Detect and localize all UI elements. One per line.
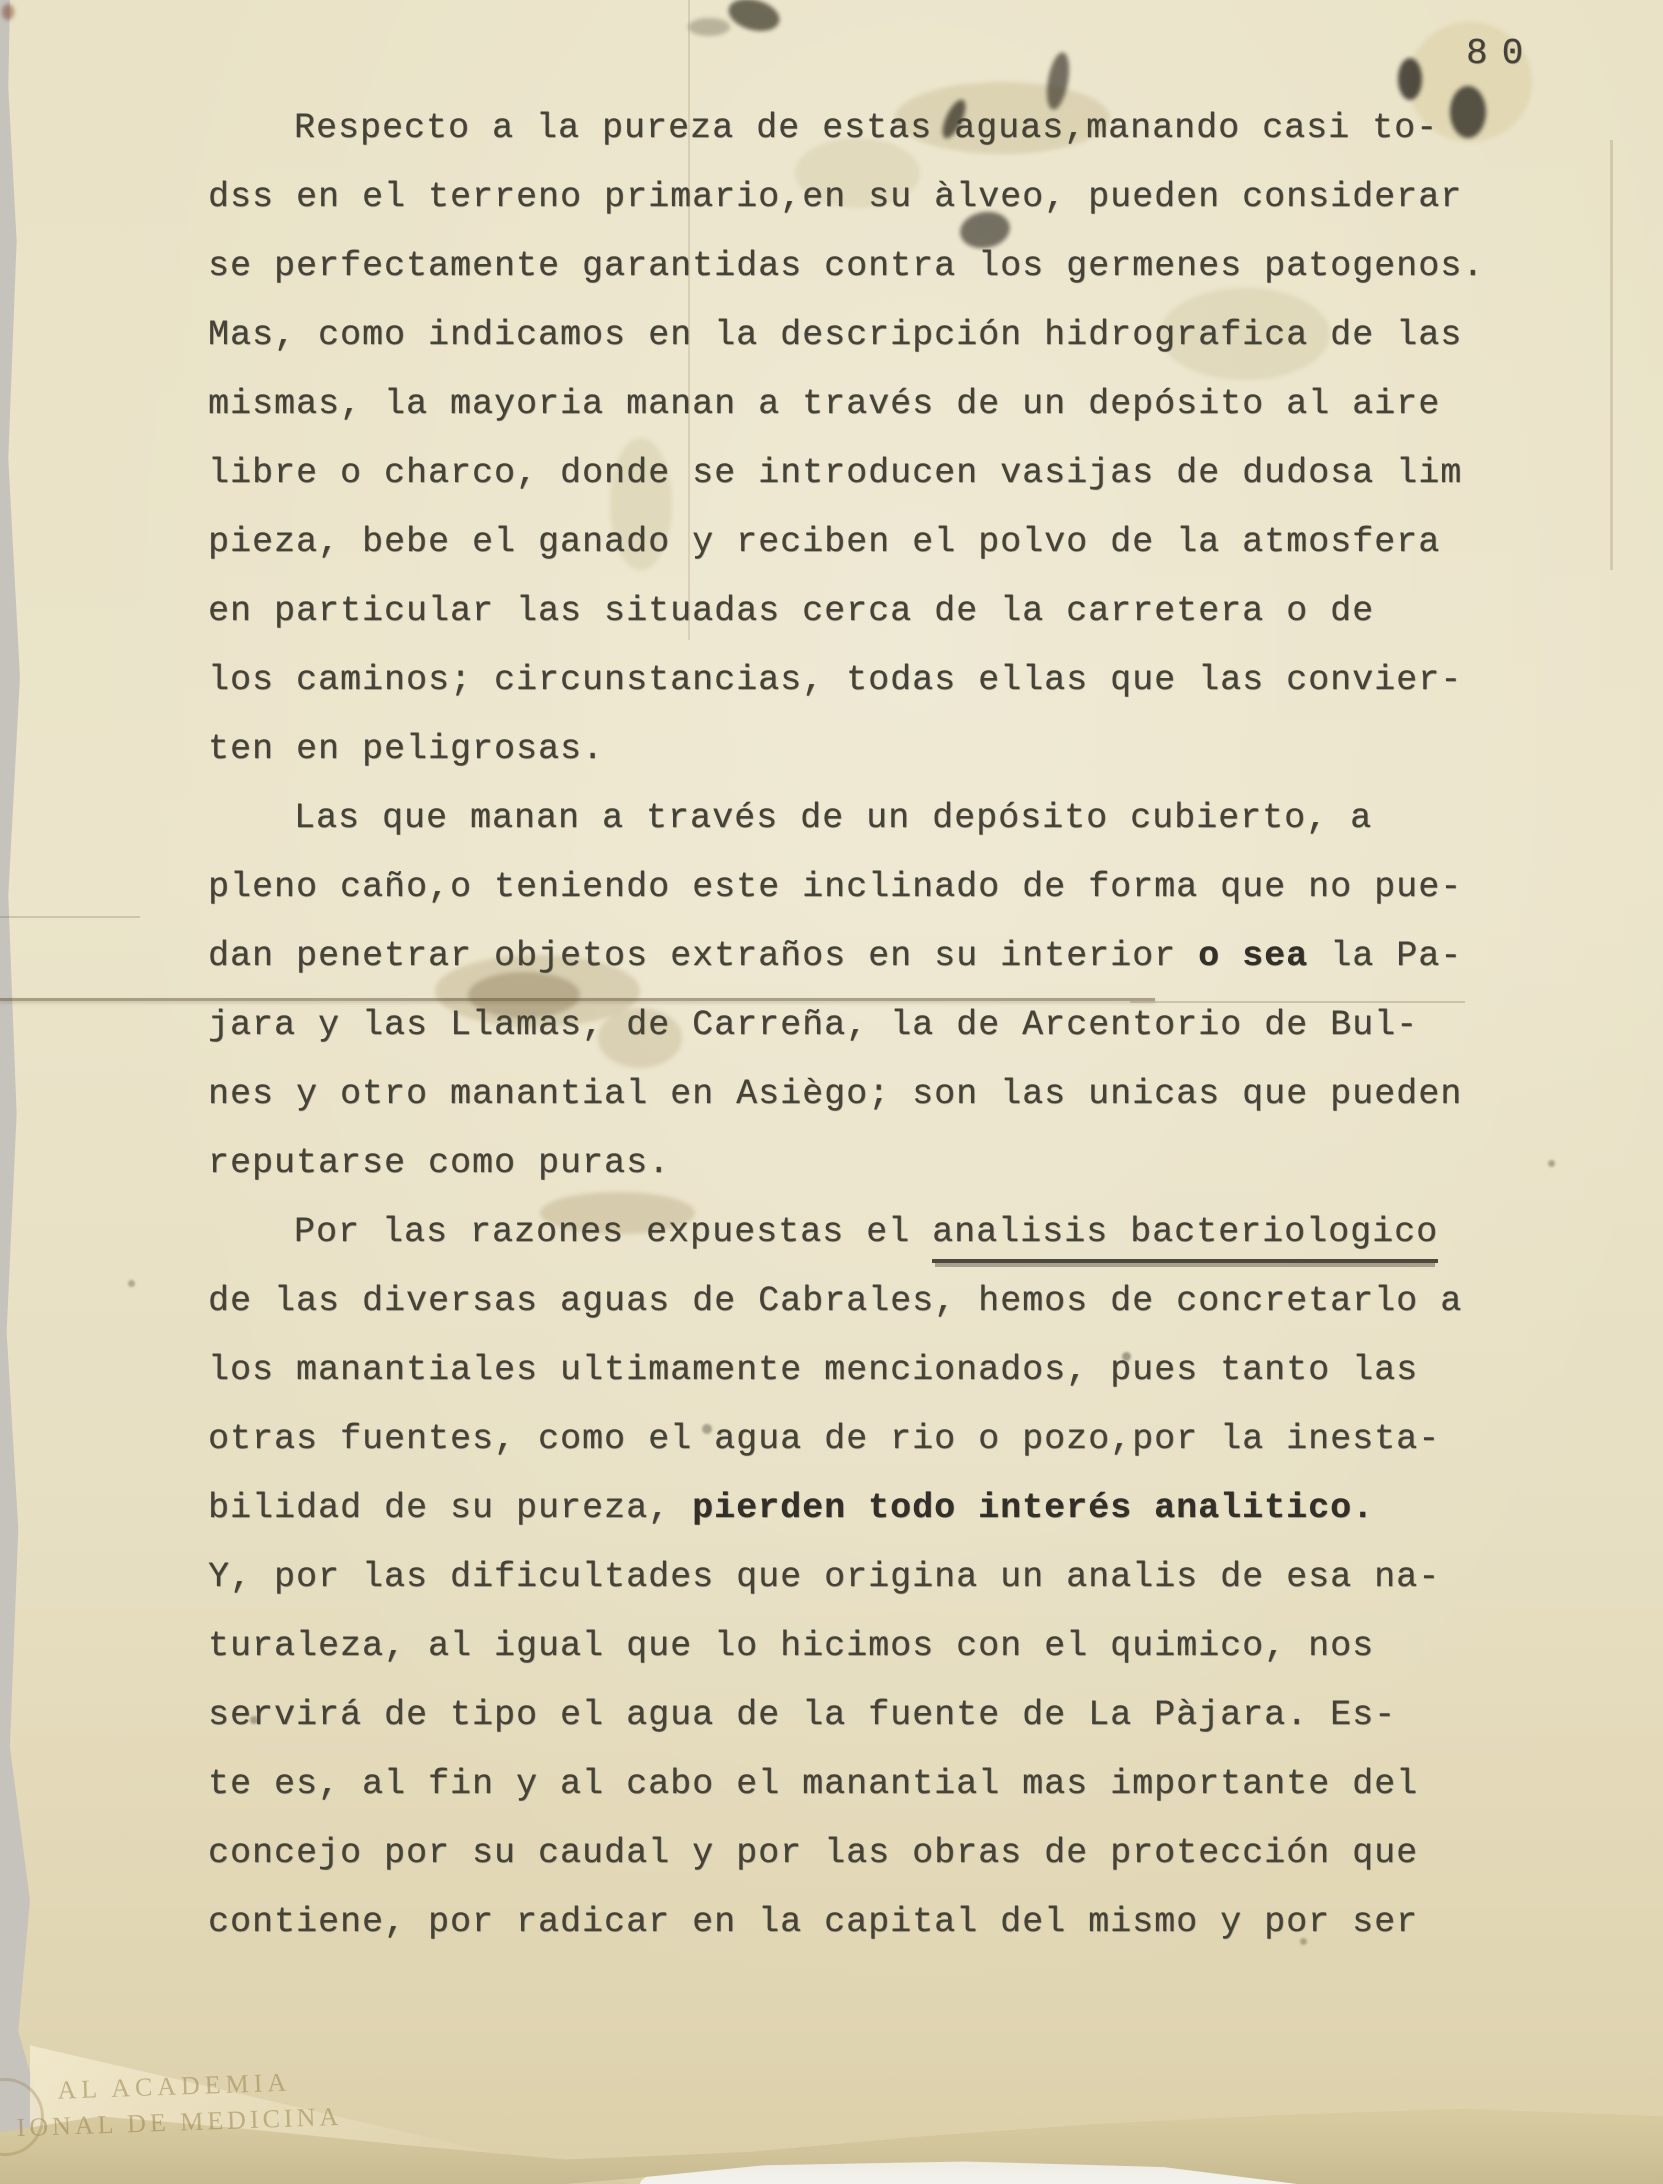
text-line: pleno caño,o teniendo este inclinado de …	[208, 853, 1508, 922]
text-segment: contiene, por radicar en la capital del …	[208, 1902, 1418, 1942]
text-line: bilidad de su pureza, pierden todo inter…	[208, 1474, 1508, 1543]
text-segment-bold: o sea	[1198, 936, 1308, 976]
text-segment: los caminos; circunstancias, todas ellas…	[208, 660, 1462, 700]
text-line: reputarse como puras.	[208, 1129, 1508, 1198]
text-segment: Mas, como indicamos en la descripción hi…	[208, 315, 1462, 355]
text-line: los caminos; circunstancias, todas ellas…	[208, 646, 1508, 715]
text-line: Respecto a la pureza de estas aguas,mana…	[208, 94, 1508, 163]
text-line: se perfectamente garantidas contra los g…	[208, 232, 1508, 301]
text-line: jara y las Llamas, de Carreña, la de Arc…	[208, 991, 1508, 1060]
page-number: 80	[1466, 33, 1537, 74]
text-segment: te es, al fin y al cabo el manantial mas…	[208, 1764, 1418, 1804]
text-line: los manantiales ultimamente mencionados,…	[208, 1336, 1508, 1405]
text-segment: mismas, la mayoria manan a través de un …	[208, 384, 1440, 424]
text-segment: pieza, bebe el ganado y reciben el polvo…	[208, 522, 1440, 562]
text-segment: los manantiales ultimamente mencionados,…	[208, 1350, 1418, 1390]
text-line: de las diversas aguas de Cabrales, hemos…	[208, 1267, 1508, 1336]
text-segment: reputarse como puras.	[208, 1143, 670, 1183]
text-line: dss en el terreno primario,en su àlveo, …	[208, 163, 1508, 232]
text-segment: se perfectamente garantidas contra los g…	[208, 246, 1484, 286]
text-line: libre o charco, donde se introducen vasi…	[208, 439, 1508, 508]
text-segment: Y, por las dificultades que origina un a…	[208, 1557, 1440, 1597]
text-segment: dan penetrar objetos extraños en su inte…	[208, 936, 1198, 976]
text-line: servirá de tipo el agua de la fuente de …	[208, 1681, 1508, 1750]
text-segment: pleno caño,o teniendo este inclinado de …	[208, 867, 1462, 907]
text-line: dan penetrar objetos extraños en su inte…	[208, 922, 1508, 991]
archive-stamp: AL ACADEMIA IONAL DE MEDICINA	[0, 2066, 343, 2144]
text-segment: servirá de tipo el agua de la fuente de …	[208, 1695, 1396, 1735]
text-segment: concejo por su caudal y por las obras de…	[208, 1833, 1418, 1873]
text-segment: Las que manan a través de un depósito cu…	[294, 798, 1372, 838]
text-segment-bold: pierden todo interés analitico.	[692, 1488, 1374, 1528]
text-line: mismas, la mayoria manan a través de un …	[208, 370, 1508, 439]
text-segment: otras fuentes, como el agua de rio o poz…	[208, 1419, 1440, 1459]
text-segment: de las diversas aguas de Cabrales, hemos…	[208, 1281, 1462, 1321]
text-line: contiene, por radicar en la capital del …	[208, 1888, 1508, 1957]
text-segment: libre o charco, donde se introducen vasi…	[208, 453, 1462, 493]
text-line: concejo por su caudal y por las obras de…	[208, 1819, 1508, 1888]
text-line: en particular las situadas cerca de la c…	[208, 577, 1508, 646]
text-segment: bilidad de su pureza,	[208, 1488, 692, 1528]
text-line: Las que manan a través de un depósito cu…	[208, 784, 1508, 853]
text-segment: Respecto a la pureza de estas aguas,mana…	[294, 108, 1438, 148]
typewritten-text: Respecto a la pureza de estas aguas,mana…	[208, 94, 1508, 1957]
text-segment: jara y las Llamas, de Carreña, la de Arc…	[208, 1005, 1418, 1045]
text-line: turaleza, al igual que lo hicimos con el…	[208, 1612, 1508, 1681]
text-line: Mas, como indicamos en la descripción hi…	[208, 301, 1508, 370]
text-segment: ten en peligrosas.	[208, 729, 604, 769]
text-segment: turaleza, al igual que lo hicimos con el…	[208, 1626, 1374, 1666]
text-line: Por las razones expuestas el analisis ba…	[208, 1198, 1508, 1267]
text-line: otras fuentes, como el agua de rio o poz…	[208, 1405, 1508, 1474]
text-segment: en particular las situadas cerca de la c…	[208, 591, 1374, 631]
text-segment: la Pa-	[1308, 936, 1462, 976]
text-segment: dss en el terreno primario,en su àlveo, …	[208, 177, 1462, 217]
text-segment-underline: analisis bacteriologico	[932, 1212, 1438, 1263]
text-segment: Por las razones expuestas el	[294, 1212, 932, 1252]
text-line: nes y otro manantial en Asiègo; son las …	[208, 1060, 1508, 1129]
text-line: pieza, bebe el ganado y reciben el polvo…	[208, 508, 1508, 577]
text-segment: nes y otro manantial en Asiègo; son las …	[208, 1074, 1462, 1114]
text-line: Y, por las dificultades que origina un a…	[208, 1543, 1508, 1612]
text-line: te es, al fin y al cabo el manantial mas…	[208, 1750, 1508, 1819]
text-line: ten en peligrosas.	[208, 715, 1508, 784]
